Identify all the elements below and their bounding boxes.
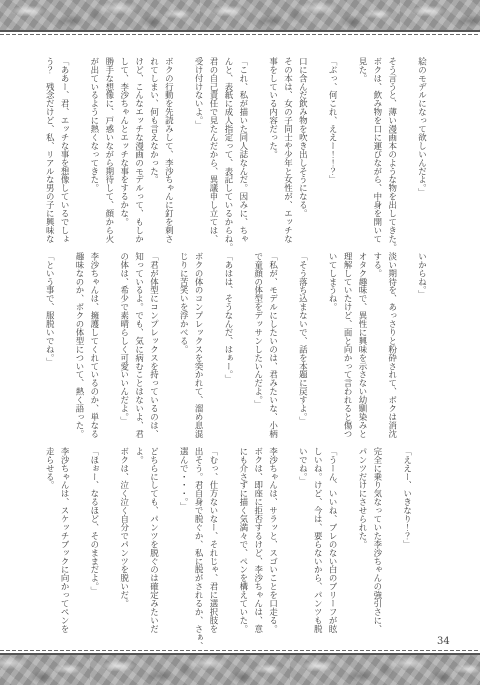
text-line: 絵のモデルになって欲しいんだよ。」 [415, 57, 430, 245]
text-line: 勝手な想像に、戸惑いながら期待して、顔から火 [102, 57, 117, 245]
text-line [310, 57, 325, 245]
text-line [161, 447, 176, 635]
text-line: いでね。」 [295, 447, 310, 635]
text-line: 「という事で、服脱いでね。」 [42, 252, 57, 440]
text-line [206, 252, 221, 440]
text-line: れてしまい、何も言えなかった。 [147, 57, 162, 245]
text-line [340, 447, 355, 635]
text-line: 淡い期待を、あっさりと粉砕されて、ボクは消沈 [385, 252, 400, 440]
text-line: 見た。 [355, 57, 370, 245]
text-line: 君の自己責任で見たんだから、異議申し立ては、 [206, 57, 221, 245]
top-border-line [0, 30, 480, 32]
text-line: 李沙ちゃんは、スケッチブックに向かってペンを [57, 447, 72, 635]
bottom-dashed-line [0, 650, 480, 651]
text-line [72, 447, 87, 635]
text-line [57, 252, 72, 440]
text-line: 李沙ちゃんは、擁護してくれているのか、単なる [87, 252, 102, 440]
text-line: 「ほぉー、なるほど、そのままだよ。」 [87, 447, 102, 635]
text-line: 「ええー、いきなり！？」 [400, 447, 415, 635]
text-line: どちらにしても、パンツを脱ぐのは確定みたいだ [147, 447, 162, 635]
text-line: ボクは、飲み物を口に運びながら、中身を開いて [370, 57, 385, 245]
text-line: 「君が体型にコンプレックスを持っているのは、 [147, 252, 162, 440]
text-line: 走らせる。 [42, 447, 57, 635]
text-line: そう言うと、薄い漫画本のような物を出してきた。 [385, 57, 400, 245]
text-line: いてしまうね。 [325, 252, 340, 440]
text-line: して、李沙ちゃんとエッチな事をするかな。 [117, 57, 132, 245]
text-line: ボクは、即座に拒否するけど、李沙ちゃんは、意 [251, 447, 266, 635]
text-line: 「そう落ち込まないで、話を本題に戻すよ。」 [295, 252, 310, 440]
text-line: 事をしている内容だった。 [266, 57, 281, 245]
text-line: 出そう。君自身で脱ぐか、私に脱がされるか、さぁ、 [191, 447, 206, 635]
text-line [221, 447, 236, 635]
text-line: ボクは、泣く泣く自分でパンツを脱いだ。 [117, 447, 132, 635]
text-line [400, 252, 415, 440]
text-tier-lower: 「ええー、いきなり！？」 完全に乗り気なっていた李沙ちゃんの強引さに、 パンツだ… [42, 447, 429, 635]
text-line: じりに苦笑いを浮かべる。 [176, 252, 191, 440]
text-line [236, 252, 251, 440]
text-line [281, 447, 296, 635]
text-line: いからね。」 [415, 252, 430, 440]
text-line: 口に含んだ飲み物を吹き出しそうになる。 [295, 57, 310, 245]
text-line: よ。 [132, 447, 147, 635]
text-line [400, 57, 415, 245]
text-line: 「ぶっ、何これ、ええー！！？」 [325, 57, 340, 245]
text-line [161, 252, 176, 440]
page-number: 34 [437, 637, 450, 647]
book-page: 絵のモデルになって欲しいんだよ。」 そう言うと、薄い漫画本のような物を出してきた… [0, 0, 480, 685]
top-dashed-line [0, 34, 480, 35]
text-line [102, 252, 117, 440]
text-line: が出ているように熱くなってきた。 [87, 57, 102, 245]
text-line: 趣味なのか、ボクの体型について、熱く語った。 [72, 252, 87, 440]
text-line: 「私が、モデルにしたいのは、君みたいな、小柄 [266, 252, 281, 440]
text-line [340, 57, 355, 245]
text-line: の体は、希少で素晴らしく可愛いいんだよ。」 [117, 252, 132, 440]
text-line: 受け付けないよ。」 [191, 57, 206, 245]
text-line: けど、こんなエッチな漫画のモデルって、もしか [132, 57, 147, 245]
top-floral-border-icon [0, 0, 480, 30]
text-line: しいね。けど、今は、要らないから、パンツも脱 [310, 447, 325, 635]
text-tier-middle: いからね。」 淡い期待を、あっさりと粉砕されて、ボクは消沈 する。 オタク趣味で… [42, 252, 429, 440]
text-line: んと、表紙に成人指定って、表記しているからね。 [221, 57, 236, 245]
text-line: 李沙ちゃんは、サラッと、スゴいことを口走る。 [266, 447, 281, 635]
text-line: 理解していたけど、面と向かって言われると傷つ [340, 252, 355, 440]
text-line [251, 57, 266, 245]
text-line [72, 57, 87, 245]
text-line [385, 447, 400, 635]
bottom-floral-border-icon [0, 655, 480, 685]
text-line [176, 57, 191, 245]
text-line: ボクの行動を先読みして、李沙ちゃんに釘を刺さ [161, 57, 176, 245]
text-line [415, 447, 430, 635]
text-line: 「うーん、いいね、ブレのない白のブリーフが眩 [325, 447, 340, 635]
text-line: う？ 残念だけど、私、リアルな男の子に興味な [42, 57, 57, 245]
text-line: パンツだけにさせられた。 [355, 447, 370, 635]
text-line: ボクの体のコンプレックスを突かれて、溜め息混 [191, 252, 206, 440]
text-line: にも介さずに描く気満々で、ペンを構えていた。 [236, 447, 251, 635]
text-line: 「これ、私が描いた同人誌なんだ。因みに、ちゃ [236, 57, 251, 245]
text-line: で童顔の体型をデッサンしたいんだよ。」 [251, 252, 266, 440]
text-line: 知っているよ。でも、気に病むことはないよ、君 [132, 252, 147, 440]
text-line: 「あはは、そうなんだ、はぁー。」 [221, 252, 236, 440]
text-line: 「ああー、君、エッチな事を想像しているでしょ [57, 57, 72, 245]
text-line: オタク趣味で、異性に興味を示さない幼馴染みと [355, 252, 370, 440]
text-line: する。 [370, 252, 385, 440]
text-line [310, 252, 325, 440]
text-line: 「むっ、仕方ないなー、それじゃ、君に選択肢を [206, 447, 221, 635]
text-line: その本は、女の子同士や少年と女性が、エッチな [281, 57, 296, 245]
text-line: 選んで・・・。」 [176, 447, 191, 635]
text-line [102, 447, 117, 635]
text-line: 完全に乗り気なっていた李沙ちゃんの強引さに、 [370, 447, 385, 635]
text-tier-upper: 絵のモデルになって欲しいんだよ。」 そう言うと、薄い漫画本のような物を出してきた… [42, 57, 429, 245]
text-line [281, 252, 296, 440]
